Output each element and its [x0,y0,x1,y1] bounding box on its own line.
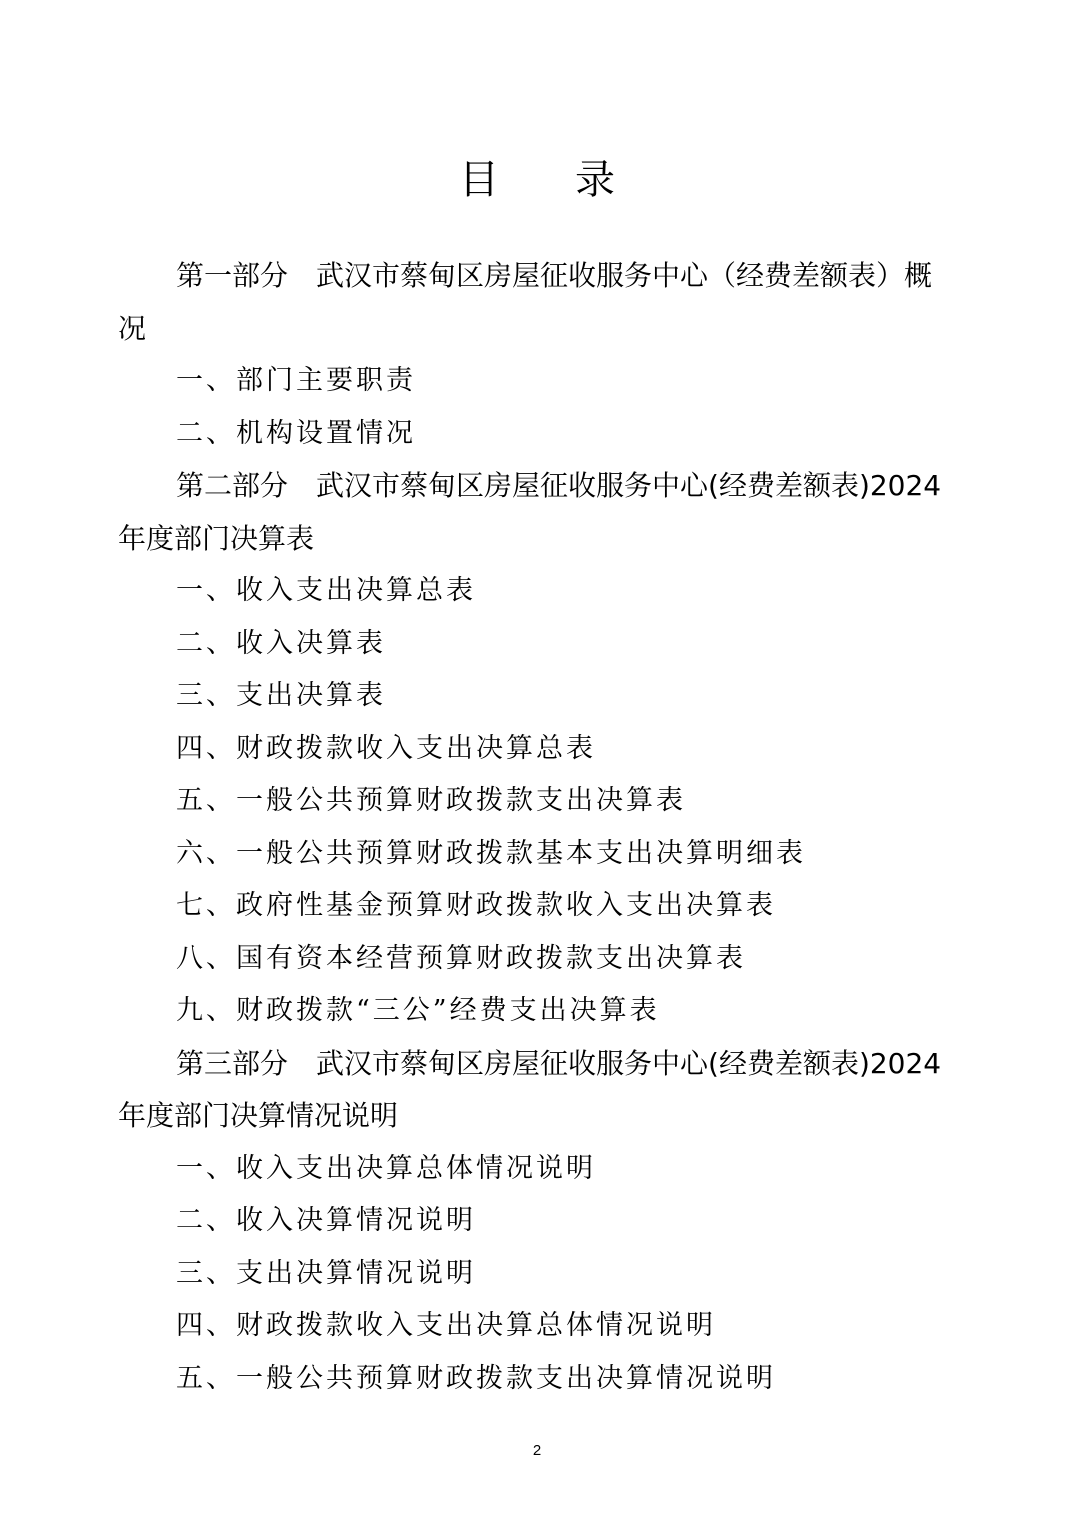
toc-item[interactable]: 二、收入决算表 [118,618,958,671]
toc-part1-heading-cont[interactable]: 况 [118,303,958,356]
toc-item[interactable]: 四、财政拨款收入支出决算总表 [118,723,958,776]
toc-item[interactable]: 九、财政拨款“三公”经费支出决算表 [118,985,958,1038]
toc-item[interactable]: 五、一般公共预算财政拨款支出决算情况说明 [118,1353,958,1406]
toc-part3-label: 第三部分 [176,1047,288,1080]
toc-item[interactable]: 四、财政拨款收入支出决算总体情况说明 [118,1300,958,1353]
toc-part1-title-line1: 武汉市蔡甸区房屋征收服务中心（经费差额表）概 [316,259,932,292]
toc-item[interactable]: 七、政府性基金预算财政拨款收入支出决算表 [118,880,958,933]
table-of-contents: 第一部分武汉市蔡甸区房屋征收服务中心（经费差额表）概 况 一、部门主要职责 二、… [118,250,958,1405]
toc-part2-heading[interactable]: 第二部分武汉市蔡甸区房屋征收服务中心(经费差额表)2024 [118,460,958,513]
toc-item[interactable]: 一、部门主要职责 [118,355,958,408]
toc-item[interactable]: 二、收入决算情况说明 [118,1195,958,1248]
toc-part3-title-line2: 年度部门决算情况说明 [118,1099,398,1132]
toc-item[interactable]: 二、机构设置情况 [118,408,958,461]
toc-item[interactable]: 六、一般公共预算财政拨款基本支出决算明细表 [118,828,958,881]
toc-part2-label: 第二部分 [176,469,288,502]
toc-item[interactable]: 一、收入支出决算总表 [118,565,958,618]
document-page: 目录 第一部分武汉市蔡甸区房屋征收服务中心（经费差额表）概 况 一、部门主要职责… [0,0,1074,1520]
toc-part2-title-line2: 年度部门决算表 [118,522,314,555]
toc-part3-heading-cont[interactable]: 年度部门决算情况说明 [118,1090,958,1143]
title-char-2: 录 [575,152,615,208]
toc-item[interactable]: 五、一般公共预算财政拨款支出决算表 [118,775,958,828]
toc-item[interactable]: 一、收入支出决算总体情况说明 [118,1143,958,1196]
toc-part1-label: 第一部分 [176,259,288,292]
page-number: 2 [0,1442,1074,1459]
toc-item[interactable]: 八、国有资本经营预算财政拨款支出决算表 [118,933,958,986]
toc-part3-heading[interactable]: 第三部分武汉市蔡甸区房屋征收服务中心(经费差额表)2024 [118,1038,958,1091]
toc-part1-title-line2: 况 [118,312,146,345]
title-char-1: 目 [459,152,499,208]
toc-item[interactable]: 三、支出决算表 [118,670,958,723]
toc-item[interactable]: 三、支出决算情况说明 [118,1248,958,1301]
toc-part1-heading[interactable]: 第一部分武汉市蔡甸区房屋征收服务中心（经费差额表）概 [118,250,958,303]
toc-part3-title-line1: 武汉市蔡甸区房屋征收服务中心(经费差额表)2024 [316,1047,941,1080]
toc-part2-title-line1: 武汉市蔡甸区房屋征收服务中心(经费差额表)2024 [316,469,941,502]
page-title: 目录 [0,152,1074,208]
toc-part2-heading-cont[interactable]: 年度部门决算表 [118,513,958,566]
